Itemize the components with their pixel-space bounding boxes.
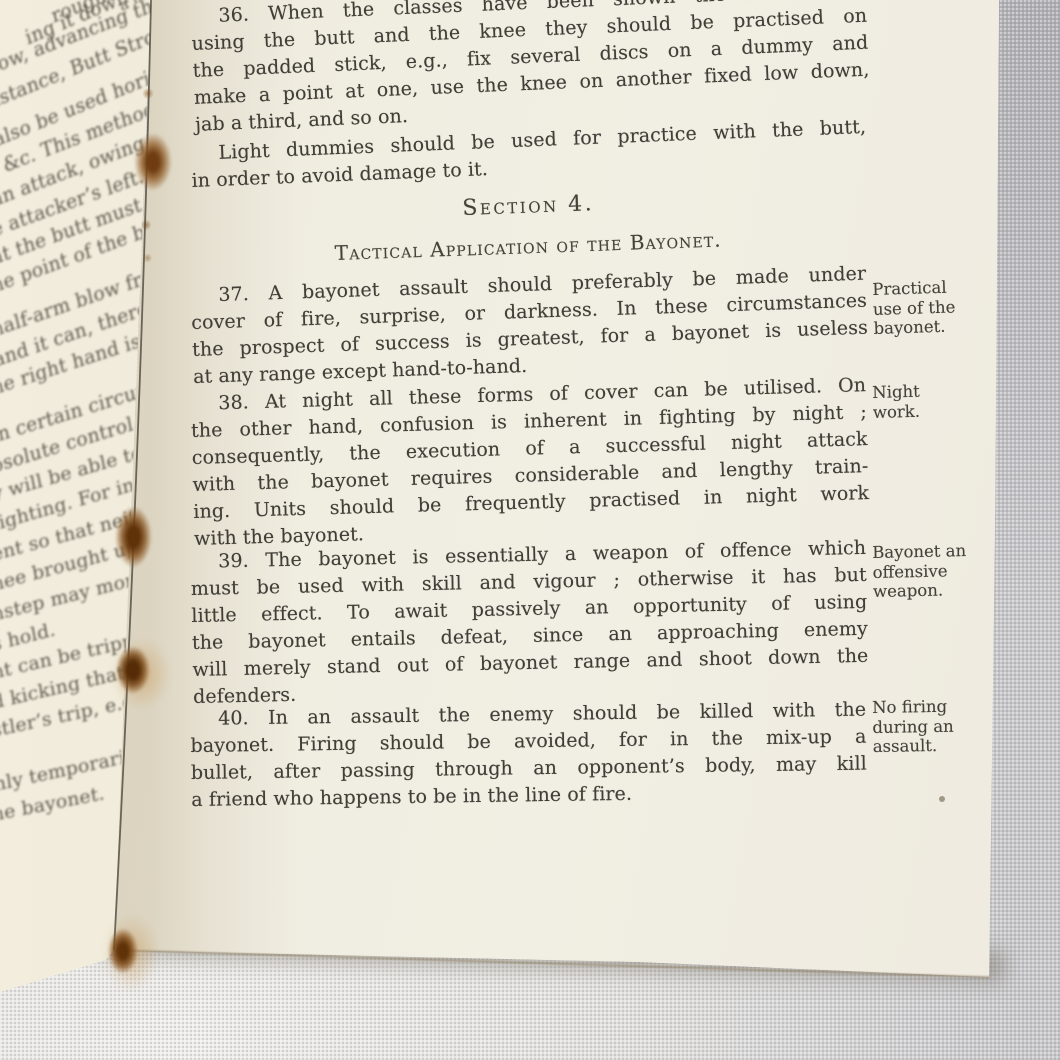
text-line: No firing: [872, 696, 1000, 718]
text-line: bayonet.: [873, 315, 1002, 339]
paragraph-37: 37. A bayonet assault should preferably …: [190, 261, 869, 391]
margin-note-offensive-weapon: Bayonet an offensive weapon.: [872, 540, 1001, 601]
text-line: work.: [873, 399, 1001, 422]
book-photo: a hi rought down ing it down on th ow, a…: [0, 0, 1060, 1060]
paragraph-39: 39. The bayonet is essentially a weapon …: [190, 535, 869, 711]
paragraph-40: 40. In an assault the enemy should be ki…: [190, 697, 867, 814]
margin-note-night-work: Night work.: [872, 379, 1001, 422]
text-line: weapon.: [873, 579, 1001, 601]
text-line: Bayonet an: [872, 540, 1000, 562]
text-line: offensive: [872, 560, 1000, 582]
margin-note-no-firing: No firing during an assault.: [872, 696, 1001, 757]
text-line: during an: [872, 715, 1000, 737]
foxing-stain: [939, 796, 945, 802]
text-line: assault.: [873, 735, 1001, 757]
margin-note-practical-use: Practical use of the bayonet.: [872, 276, 1002, 338]
section-subheading: Tactical Application of the Bayonet.: [190, 222, 866, 270]
paragraph-38: 38. At night all these forms of cover ca…: [190, 372, 870, 553]
